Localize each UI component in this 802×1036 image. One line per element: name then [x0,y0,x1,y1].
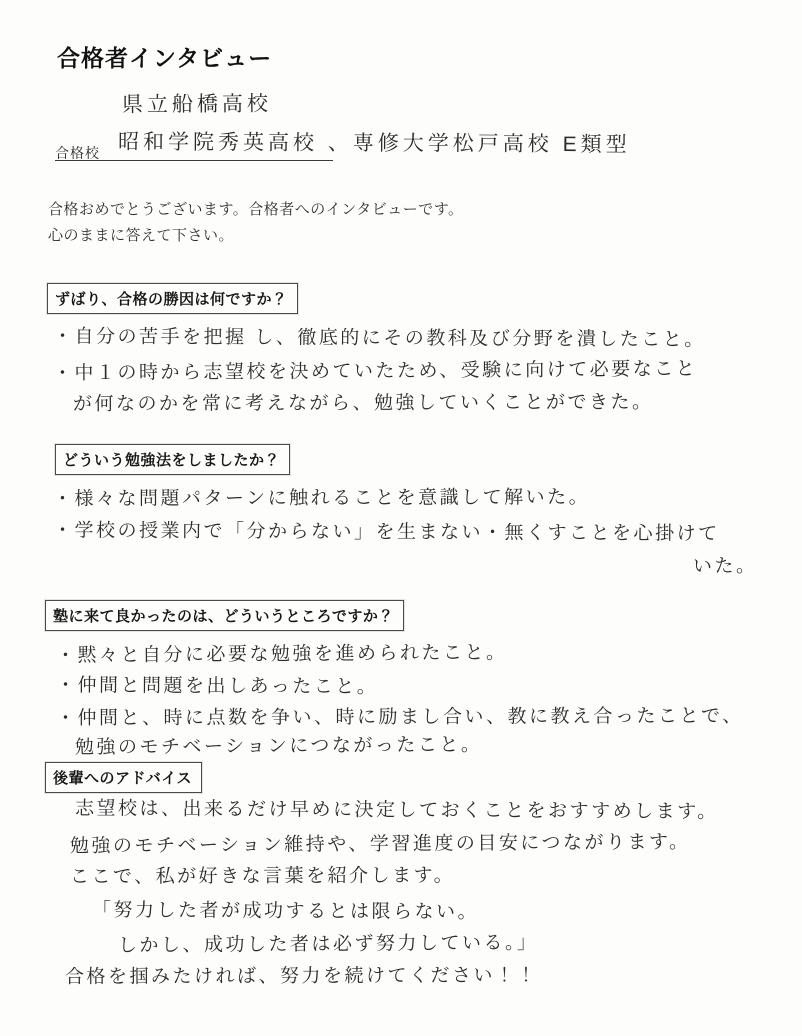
answer-line: 勉強のモチベーション維持や、学習進度の目安につながります。 [70,827,691,858]
answer-line: ここで、私が好きな言葉を紹介します。 [70,860,455,888]
question-box-juku-good-points: 塾に来て良かったのは、どういうところですか？ [45,600,404,631]
answer-line: ・様々な問題パターンに触れることを意識して解いた。 [53,482,590,511]
accepted-school-line-1: 県立船橋高校 [122,87,272,118]
interview-form-page: 合格者インタビュー 県立船橋高校 昭和学院秀英高校 、専修大学松戸高校 E類型 … [0,0,802,1036]
answer-line: ・黙々と自分に必要な勉強を進められたこと。 [56,637,508,667]
answer-line: ・学校の授業内で「分からない」を生まない・無くすことを心掛けて [53,515,720,545]
answer-line: 合格を掴みたければ、努力を続けてください！！ [65,960,538,989]
intro-line-2: 心のままに答えて下さい。 [48,224,234,245]
answer-line: ・自分の苦手を把握 し、徹底的にその教科及び分野を潰したこと。 [53,321,706,351]
answer-line: ・仲間と、時に点数を争い、時に励まし合い、教に教え合ったことで、 [56,701,744,730]
answer-line: 勉強のモチベーションにつながったこと。 [75,730,483,760]
question-box-advice: 後輩へのアドバイス [45,762,202,793]
question-box-win-factor: ずばり、合格の勝因は何ですか？ [47,283,298,314]
quote-line: 「努力した者が成功するとは限らない。 [92,895,479,924]
question-box-study-method: どういう勉強法をしましたか？ [55,444,290,475]
answer-line: 志望校は、出来るだけ早めに決定しておくことをおすすめします。 [75,793,719,823]
page-title: 合格者インタビュー [57,40,272,73]
intro-line-1: 合格おめでとうございます。合格者へのインタビューです。 [48,198,464,219]
answer-line: が何なのかを常に考えながら、勉強していくことができた。 [73,387,654,416]
school-field-rule [55,143,333,161]
answer-line: ・仲間と問題を出しあったこと。 [56,670,378,699]
quote-line: しかし、成功した者は必ず努力している。」 [118,928,539,958]
answer-line: いた。 [693,551,758,578]
answer-line: ・中１の時から志望校を決めていたため、受験に向けて必要なこと [53,354,697,385]
